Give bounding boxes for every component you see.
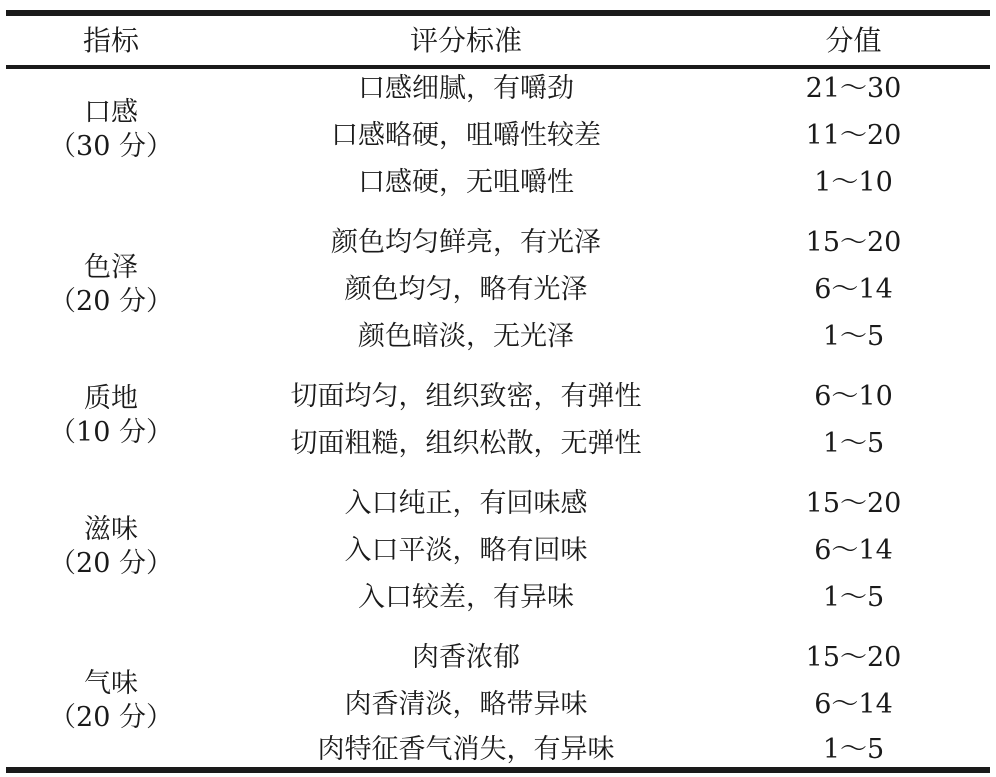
score-cell: 1～10 [766, 160, 941, 199]
score-cell: 15～20 [766, 635, 941, 674]
header-score: 分值 [766, 16, 941, 65]
score-cell: 1～5 [766, 314, 941, 353]
bottom-rule [6, 767, 990, 773]
criterion-cell: 口感硬，无咀嚼性 [206, 160, 726, 199]
criterion-cell: 肉香浓郁 [206, 635, 726, 674]
indicator-points: （20 分） [46, 285, 176, 319]
indicator-name: 滋味 [46, 513, 176, 547]
score-cell: 15～20 [766, 481, 941, 520]
criterion-cell: 颜色均匀，略有光泽 [206, 267, 726, 306]
score-cell: 6～14 [766, 267, 941, 306]
score-cell: 1～5 [766, 575, 941, 614]
indicator-name: 气味 [46, 667, 176, 701]
indicator-name: 色泽 [46, 251, 176, 285]
indicator-cell: 色泽 （20 分） [46, 251, 176, 319]
criterion-cell: 肉特征香气消失，有异味 [206, 727, 726, 766]
criterion-cell: 入口平淡，略有回味 [206, 528, 726, 567]
indicator-points: （10 分） [46, 416, 176, 450]
score-cell: 6～14 [766, 528, 941, 567]
indicator-name: 口感 [46, 96, 176, 130]
criterion-cell: 入口较差，有异味 [206, 575, 726, 614]
indicator-points: （30 分） [46, 130, 176, 164]
criterion-cell: 口感略硬，咀嚼性较差 [206, 113, 726, 152]
criterion-cell: 口感细腻，有嚼劲 [206, 66, 726, 105]
criterion-cell: 肉香清淡，略带异味 [206, 682, 726, 721]
indicator-cell: 滋味 （20 分） [46, 513, 176, 581]
indicator-name: 质地 [46, 382, 176, 416]
header-criteria: 评分标准 [206, 16, 726, 65]
indicator-points: （20 分） [46, 547, 176, 581]
indicator-cell: 质地 （10 分） [46, 382, 176, 450]
criterion-cell: 颜色暗淡，无光泽 [206, 314, 726, 353]
criterion-cell: 切面粗糙，组织松散，无弹性 [206, 421, 726, 460]
score-cell: 6～14 [766, 682, 941, 721]
criterion-cell: 入口纯正，有回味感 [206, 481, 726, 520]
score-cell: 21～30 [766, 66, 941, 105]
score-cell: 11～20 [766, 113, 941, 152]
score-cell: 1～5 [766, 727, 941, 766]
score-cell: 6～10 [766, 374, 941, 413]
score-cell: 1～5 [766, 421, 941, 460]
indicator-cell: 口感 （30 分） [46, 96, 176, 164]
score-cell: 15～20 [766, 220, 941, 259]
indicator-cell: 气味 （20 分） [46, 667, 176, 735]
criterion-cell: 颜色均匀鲜亮，有光泽 [206, 220, 726, 259]
header-indicator: 指标 [46, 16, 176, 65]
criterion-cell: 切面均匀，组织致密，有弹性 [206, 374, 726, 413]
indicator-points: （20 分） [46, 701, 176, 735]
